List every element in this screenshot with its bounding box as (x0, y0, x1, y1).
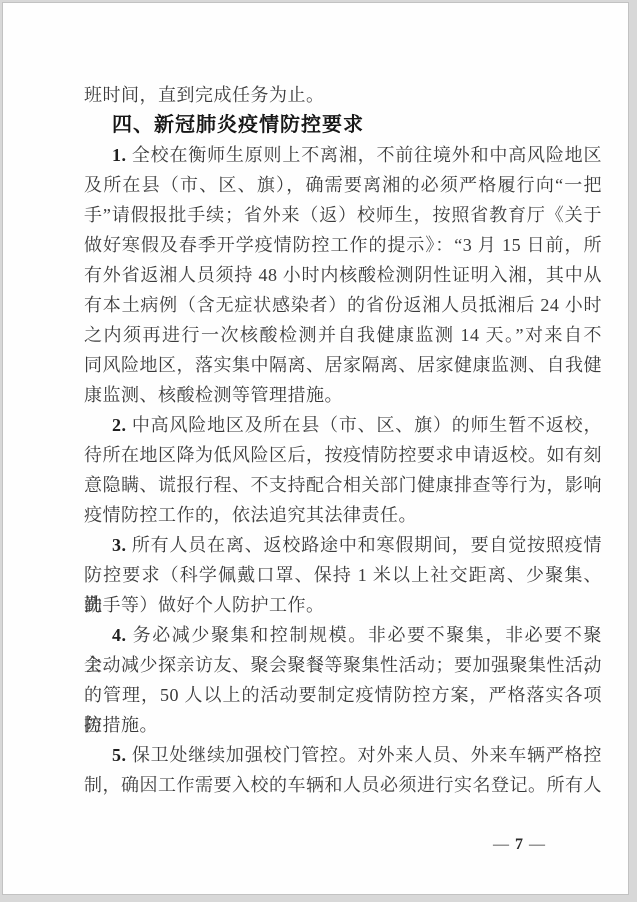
text-line: 防控要求（科学佩戴口罩、保持 1 米以上社交距离、少聚集、勤 (84, 560, 602, 590)
text-line: 制，确因工作需要入校的车辆和人员必须进行实名登记。所有人 (84, 770, 602, 800)
text-line: 意隐瞒、谎报行程、不支持配合相关部门健康排查等行为，影响 (84, 470, 602, 500)
text-line: 康监测、核酸检测等管理措施。 (84, 380, 602, 410)
text-line: 的管理，50 人以上的活动要制定疫情防控方案，严格落实各项防 (84, 680, 602, 710)
paragraph-number: 1. (112, 145, 127, 165)
text-line: 做好寒假及春季开学疫情防控工作的提示》：“3 月 15 日前，所 (84, 230, 602, 260)
text-line-content: 所有人员在离、返校路途中和寒假期间，要自觉按照疫情 (132, 535, 603, 555)
text-line: 洗手等）做好个人防护工作。 (84, 590, 602, 620)
text-line: 主动减少探亲访友、聚会聚餐等聚集性活动；要加强聚集性活动 (84, 650, 602, 680)
page-number-dash-right: — (529, 836, 546, 853)
paragraph-number: 5. (112, 745, 127, 765)
text-line: 4.务必减少聚集和控制规模。非必要不聚集，非必要不聚会， (84, 620, 602, 650)
text-line-content: 中高风险地区及所在县（市、区、旗）的师生暂不返校， (132, 415, 603, 435)
text-line: 3.所有人员在离、返校路途中和寒假期间，要自觉按照疫情 (84, 530, 602, 560)
text-line: 班时间，直到完成任务为止。 (84, 80, 602, 110)
text-line: 5.保卫处继续加强校门管控。对外来人员、外来车辆严格控 (84, 740, 602, 770)
text-line: 之内须再进行一次核酸检测并自我健康监测 14 天。”对来自不 (84, 320, 602, 350)
text-line: 及所在县（市、区、旗），确需要离湘的必须严格履行向“一把 (84, 170, 602, 200)
text-line: 有外省返湘人员须持 48 小时内核酸检测阴性证明入湘，其中从 (84, 260, 602, 290)
text-line: 2.中高风险地区及所在县（市、区、旗）的师生暂不返校， (84, 410, 602, 440)
document-text-block: 班时间，直到完成任务为止。 四、新冠肺炎疫情防控要求 1.全校在衡师生原则上不离… (84, 80, 602, 800)
paragraph-number: 2. (112, 415, 127, 435)
text-line: 疫情防控工作的，依法追究其法律责任。 (84, 500, 602, 530)
section-heading: 四、新冠肺炎疫情防控要求 (84, 110, 602, 140)
text-line: 控措施。 (84, 710, 602, 740)
document-page: 班时间，直到完成任务为止。 四、新冠肺炎疫情防控要求 1.全校在衡师生原则上不离… (2, 2, 629, 895)
text-line-content: 保卫处继续加强校门管控。对外来人员、外来车辆严格控 (132, 745, 603, 765)
paragraph-number: 3. (112, 535, 127, 555)
text-line: 有本土病例（含无症状感染者）的省份返湘人员抵湘后 24 小时 (84, 290, 602, 320)
page-number-value: 7 (515, 836, 524, 853)
page-number: —7— (493, 836, 546, 854)
text-line: 手”请假报批手续；省外来（返）校师生，按照省教育厅《关于 (84, 200, 602, 230)
text-line: 待所在地区降为低风险区后，按疫情防控要求申请返校。如有刻 (84, 440, 602, 470)
text-line-content: 全校在衡师生原则上不离湘，不前往境外和中高风险地区 (132, 145, 603, 165)
page-number-dash-left: — (493, 836, 510, 853)
paragraph-number: 4. (112, 625, 127, 645)
text-line: 同风险地区，落实集中隔离、居家隔离、居家健康监测、自我健 (84, 350, 602, 380)
text-line: 1.全校在衡师生原则上不离湘，不前往境外和中高风险地区 (84, 140, 602, 170)
